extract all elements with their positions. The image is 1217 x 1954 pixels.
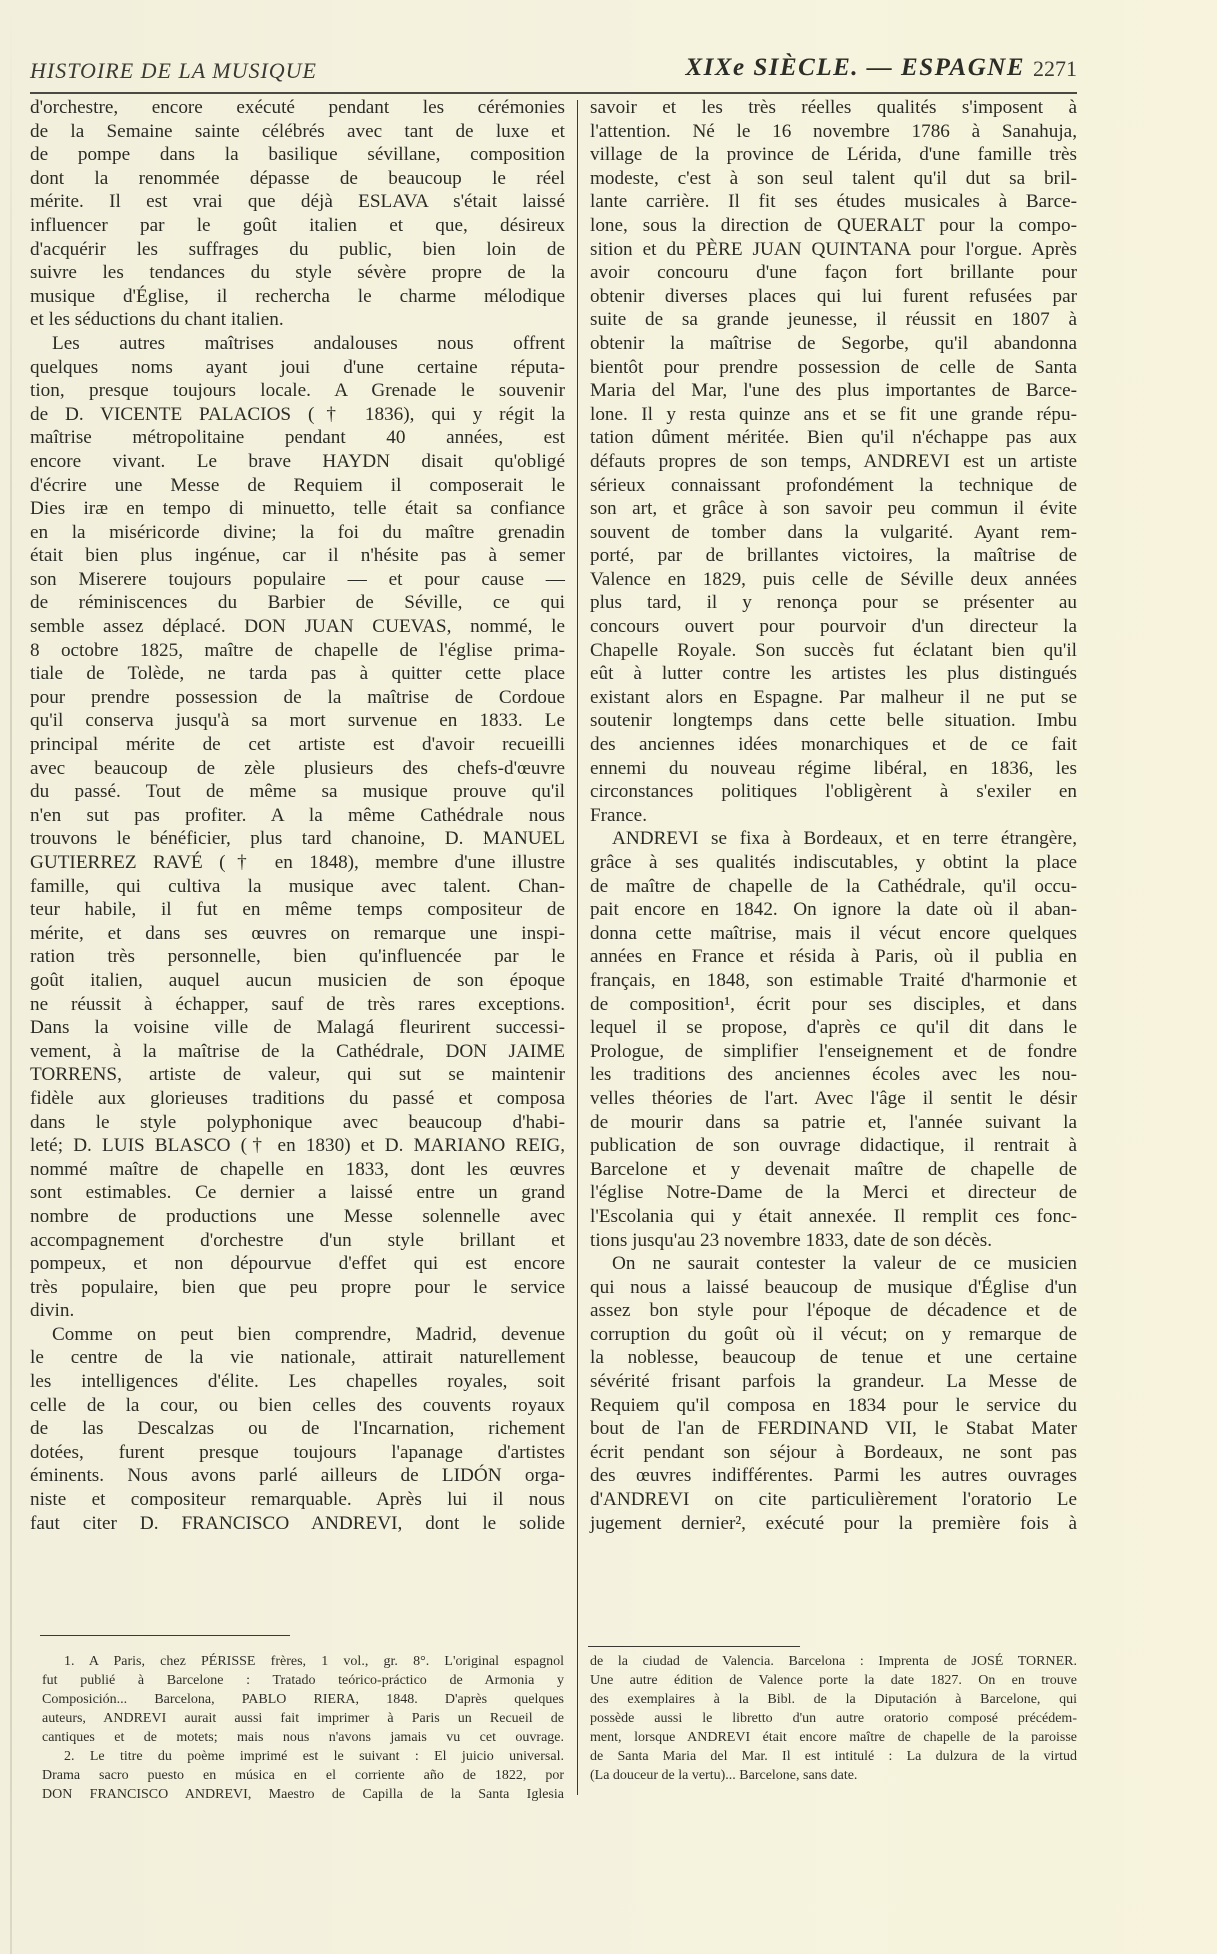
text-line: lequel il se propose, d'après ce qu'il d… (590, 1016, 1077, 1040)
header-book-title: HISTOIRE DE LA MUSIQUE (30, 58, 317, 84)
text-line: la noblesse, beaucoup de tenue et une ce… (590, 1346, 1077, 1370)
text-line: circonstances politiques l'obligèrent à … (590, 780, 1077, 804)
text-line: de Santa Maria del Mar. Il est intitulé … (590, 1747, 1077, 1766)
text-line: dotées, furent presque toujours l'apanag… (30, 1441, 565, 1465)
text-line: assez bon style pour l'époque de décaden… (590, 1299, 1077, 1323)
text-line: principal mérite de cet artiste est d'av… (30, 733, 565, 757)
text-line: Composición... Barcelona, PABLO RIERA, 1… (42, 1690, 564, 1709)
text-line: goût italien, auquel aucun musicien de s… (30, 969, 565, 993)
text-line: français, en 1848, son estimable Traité … (590, 969, 1077, 993)
text-line: éminents. Nous avons parlé ailleurs de L… (30, 1464, 565, 1488)
text-line: divin. (30, 1299, 565, 1323)
text-line: tation dûment méritée. Bien qu'il n'écha… (590, 426, 1077, 450)
text-line: son Miserere toujours populaire — et pou… (30, 568, 565, 592)
text-line: village de la province de Lérida, d'une … (590, 143, 1077, 167)
text-line: auteurs, ANDREVI aurait aussi fait impri… (42, 1709, 564, 1728)
text-line: qu'il conserva jusqu'à sa mort survenue … (30, 709, 565, 733)
page-number: 2271 (1033, 56, 1077, 82)
text-line: ration très personnelle, bien qu'influen… (30, 945, 565, 969)
text-line: sérieux connaissant profondément la tech… (590, 474, 1077, 498)
text-line: pompeux, et non dépourvue d'effet qui es… (30, 1252, 565, 1276)
text-line: ANDREVI se fixa à Bordeaux, et en terre … (590, 827, 1077, 851)
text-line: pait encore en 1842. On ignore la date o… (590, 898, 1077, 922)
column-divider (577, 100, 578, 1795)
text-line: Prologue, de simplifier l'enseignement e… (590, 1040, 1077, 1064)
text-line: influencer par le goût italien et que, d… (30, 214, 565, 238)
text-line: avoir concouru d'une façon fort brillant… (590, 261, 1077, 285)
text-line: lone. Il y resta quinze ans et se fit un… (590, 403, 1077, 427)
text-line: Chapelle Royale. Son succès fut éclatant… (590, 639, 1077, 663)
text-line: le centre de la vie nationale, attirait … (30, 1346, 565, 1370)
text-line: l'attention. Né le 16 novembre 1786 à Sa… (590, 120, 1077, 144)
text-line: de mourir dans sa patrie et, l'année sui… (590, 1111, 1077, 1135)
text-line: Dies iræ en tempo di minuetto, telle éta… (30, 497, 565, 521)
page-edge (10, 0, 12, 1954)
text-line: ment, lorsque ANDREVI était encore maîtr… (590, 1728, 1077, 1747)
text-line: nommé maître de chapelle en 1833, dont l… (30, 1158, 565, 1182)
text-line: avec beaucoup de zèle plusieurs des chef… (30, 757, 565, 781)
text-line: mérite. Il est vrai que déjà ESLAVA s'ét… (30, 190, 565, 214)
text-line: de la Semaine sainte célébrés avec tant … (30, 120, 565, 144)
text-line: en la miséricorde divine; la foi du maît… (30, 521, 565, 545)
text-line: trouvons le bénéficier, plus tard chanoi… (30, 827, 565, 851)
text-line: publication de son ouvrage didactique, i… (590, 1134, 1077, 1158)
text-line: possède aussi le libretto d'un autre ora… (590, 1709, 1077, 1728)
text-line: modeste, c'est à son seul talent qu'il d… (590, 167, 1077, 191)
text-line: de composition¹, écrit pour ses disciple… (590, 993, 1077, 1017)
text-line: de D. VICENTE PALACIOS († 1836), qui y r… (30, 403, 565, 427)
text-line: l'Escolania qui y était annexée. Il remp… (590, 1205, 1077, 1229)
text-line: obtenir diverses places qui lui furent r… (590, 285, 1077, 309)
text-line: d'ANDREVI on cite particulièrement l'ora… (590, 1488, 1077, 1512)
text-line: lante carrière. Il fit ses études musica… (590, 190, 1077, 214)
text-line: plus tard, il y renonça pour se présente… (590, 591, 1077, 615)
text-line: son art, et grâce à son savoir peu commu… (590, 497, 1077, 521)
text-line: existant alors en Espagne. Par malheur i… (590, 686, 1077, 710)
text-line: 8 octobre 1825, maître de chapelle de l'… (30, 639, 565, 663)
text-line: Barcelone et y devenait maître de chapel… (590, 1158, 1077, 1182)
text-line: grâce à ses qualités indiscutables, y ob… (590, 851, 1077, 875)
text-line: qui nous a laissé beaucoup de musique d'… (590, 1276, 1077, 1300)
text-line: (La douceur de la vertu)... Barcelone, s… (590, 1766, 1077, 1785)
text-line: fut publié à Barcelone : Tratado teórico… (42, 1671, 564, 1690)
text-line: Comme on peut bien comprendre, Madrid, d… (30, 1323, 565, 1347)
text-line: eût à lutter contre les artistes les plu… (590, 662, 1077, 686)
text-line: tions jusqu'au 23 novembre 1833, date de… (590, 1229, 1077, 1253)
text-line: donna cette maîtrise, mais il vécut enco… (590, 922, 1077, 946)
text-line: 2. Le titre du poème imprimé est le suiv… (42, 1747, 564, 1766)
text-line: TORRENS, artiste de valeur, qui sut se m… (30, 1063, 565, 1087)
text-line: faut citer D. FRANCISCO ANDREVI, dont le… (30, 1512, 565, 1536)
text-line: tion, presque toujours locale. A Grenade… (30, 379, 565, 403)
text-line: Dans la voisine ville de Malagá fleurire… (30, 1016, 565, 1040)
text-line: fidèle aux glorieuses traditions du pass… (30, 1087, 565, 1111)
text-line: de la ciudad de Valencia. Barcelona : Im… (590, 1652, 1077, 1671)
text-line: d'orchestre, encore exécuté pendant les … (30, 96, 565, 120)
text-line: encore vivant. Le brave HAYDN disait qu'… (30, 450, 565, 474)
text-line: d'écrire une Messe de Requiem il compose… (30, 474, 565, 498)
footnotes-right: de la ciudad de Valencia. Barcelona : Im… (590, 1652, 1077, 1785)
text-line: lone, sous la direction de QUERALT pour … (590, 214, 1077, 238)
text-line: bout de l'an de FERDINAND VII, le Stabat… (590, 1417, 1077, 1441)
text-line: soutenir longtemps dans cette belle situ… (590, 709, 1077, 733)
text-line: pour prendre possession de la maîtrise d… (30, 686, 565, 710)
text-line: On ne saurait contester la valeur de ce … (590, 1252, 1077, 1276)
text-line: n'en sut pas profiter. A la même Cathédr… (30, 804, 565, 828)
right-text-column: savoir et les très réelles qualités s'im… (590, 96, 1077, 1535)
text-line: sévérité frisant parfois la grandeur. La… (590, 1370, 1077, 1394)
text-line: suite de sa grande jeunesse, il réussit … (590, 308, 1077, 332)
text-line: bientôt pour prendre possession de celle… (590, 356, 1077, 380)
text-line: d'acquérir les suffrages du public, bien… (30, 238, 565, 262)
text-line: ennemi du nouveau régime libéral, en 183… (590, 757, 1077, 781)
text-line: leté; D. LUIS BLASCO († en 1830) et D. M… (30, 1134, 565, 1158)
text-line: de réminiscences du Barbier de Séville, … (30, 591, 565, 615)
text-line: les intelligences d'élite. Les chapelles… (30, 1370, 565, 1394)
text-line: maîtrise métropolitaine pendant 40 année… (30, 426, 565, 450)
text-line: quelques noms ayant joui d'une certaine … (30, 356, 565, 380)
text-line: années en France et résida à Paris, où i… (590, 945, 1077, 969)
text-line: de las Descalzas ou de l'Incarnation, ri… (30, 1417, 565, 1441)
text-line: du passé. Tout de même sa musique prouve… (30, 780, 565, 804)
text-line: 1. A Paris, chez PÉRISSE frères, 1 vol.,… (42, 1652, 564, 1671)
text-line: France. (590, 804, 1077, 828)
text-line: niste et compositeur remarquable. Après … (30, 1488, 565, 1512)
text-line: Maria del Mar, l'une des plus importante… (590, 379, 1077, 403)
text-line: cantiques et de motets; mais nous n'avon… (42, 1728, 564, 1747)
text-line: les traditions des anciennes écoles avec… (590, 1063, 1077, 1087)
text-line: très populaire, bien que peu propre pour… (30, 1276, 565, 1300)
text-line: teur habile, il fut en même temps compos… (30, 898, 565, 922)
text-line: nombre de productions une Messe solennel… (30, 1205, 565, 1229)
footnote-rule-right (588, 1646, 800, 1647)
text-line: sont estimables. Ce dernier a laissé ent… (30, 1181, 565, 1205)
text-line: Une autre édition de Valence porte la da… (590, 1671, 1077, 1690)
text-line: concours ouvert pour pourvoir d'un direc… (590, 615, 1077, 639)
text-line: et les séductions du chant italien. (30, 308, 565, 332)
text-line: corruption du goût où il vécut; on y rem… (590, 1323, 1077, 1347)
text-line: velles théories de l'art. Avec l'âge il … (590, 1087, 1077, 1111)
text-line: famille, qui cultiva la musique avec tal… (30, 875, 565, 899)
text-line: écrit pendant son séjour à Bordeaux, ne … (590, 1441, 1077, 1465)
text-line: Valence en 1829, puis celle de Séville d… (590, 568, 1077, 592)
text-line: sition et du PÈRE JUAN QUINTANA pour l'o… (590, 238, 1077, 262)
text-line: Drama sacro puesto en música en el corri… (42, 1766, 564, 1785)
text-line: celle de la cour, ou bien celles des cou… (30, 1394, 565, 1418)
text-line: porté, par de brillantes victoires, la m… (590, 544, 1077, 568)
text-line: DON FRANCISCO ANDREVI, Maestro de Capill… (42, 1785, 564, 1804)
text-line: Requiem qu'il composa en 1834 pour le se… (590, 1394, 1077, 1418)
text-line: des œuvres indifférentes. Parmi les autr… (590, 1464, 1077, 1488)
text-line: obtenir la maîtrise de Segorbe, qu'il ab… (590, 332, 1077, 356)
header-rule (30, 92, 1077, 94)
text-line: tiale de Tolède, ne tarda pas à quitter … (30, 662, 565, 686)
text-line: ne réussit à échapper, sauf de très rare… (30, 993, 565, 1017)
text-line: Les autres maîtrises andalouses nous off… (30, 332, 565, 356)
text-line: jugement dernier², exécuté pour la premi… (590, 1512, 1077, 1536)
text-line: l'église Notre-Dame de la Merci et direc… (590, 1181, 1077, 1205)
text-line: de maître de chapelle de la Cathédrale, … (590, 875, 1077, 899)
text-line: suivre les tendances du style sévère pro… (30, 261, 565, 285)
text-line: dans le style polyphonique avec beaucoup… (30, 1111, 565, 1135)
text-line: musique d'Église, il rechercha le charme… (30, 285, 565, 309)
text-line: mérite, et dans ses œuvres on remarque u… (30, 922, 565, 946)
running-header: HISTOIRE DE LA MUSIQUE XIXe SIÈCLE. — ES… (30, 54, 1077, 88)
text-line: accompagnement d'orchestre d'un style br… (30, 1229, 565, 1253)
text-line: était bien plus ingénue, car il n'hésite… (30, 544, 565, 568)
text-line: des exemplaires à la Bibl. de la Diputac… (590, 1690, 1077, 1709)
text-line: de pompe dans la basilique sévillane, co… (30, 143, 565, 167)
text-line: savoir et les très réelles qualités s'im… (590, 96, 1077, 120)
text-line: GUTIERREZ RAVÉ († en 1848), membre d'une… (30, 851, 565, 875)
text-line: des anciennes idées monarchiques et de c… (590, 733, 1077, 757)
text-line: défauts propres de son temps, ANDREVI es… (590, 450, 1077, 474)
left-text-column: d'orchestre, encore exécuté pendant les … (30, 96, 565, 1535)
text-line: souvent de tomber dans la vulgarité. Aya… (590, 521, 1077, 545)
text-line: semble assez déplacé. DON JUAN CUEVAS, n… (30, 615, 565, 639)
footnote-rule-left (40, 1635, 290, 1636)
footnotes-left: 1. A Paris, chez PÉRISSE frères, 1 vol.,… (42, 1652, 564, 1804)
header-chapter-title: XIXe SIÈCLE. — ESPAGNE (685, 54, 1025, 82)
text-line: dont la renommée dépasse de beaucoup le … (30, 167, 565, 191)
text-line: vement, à la maîtrise de la Cathédrale, … (30, 1040, 565, 1064)
